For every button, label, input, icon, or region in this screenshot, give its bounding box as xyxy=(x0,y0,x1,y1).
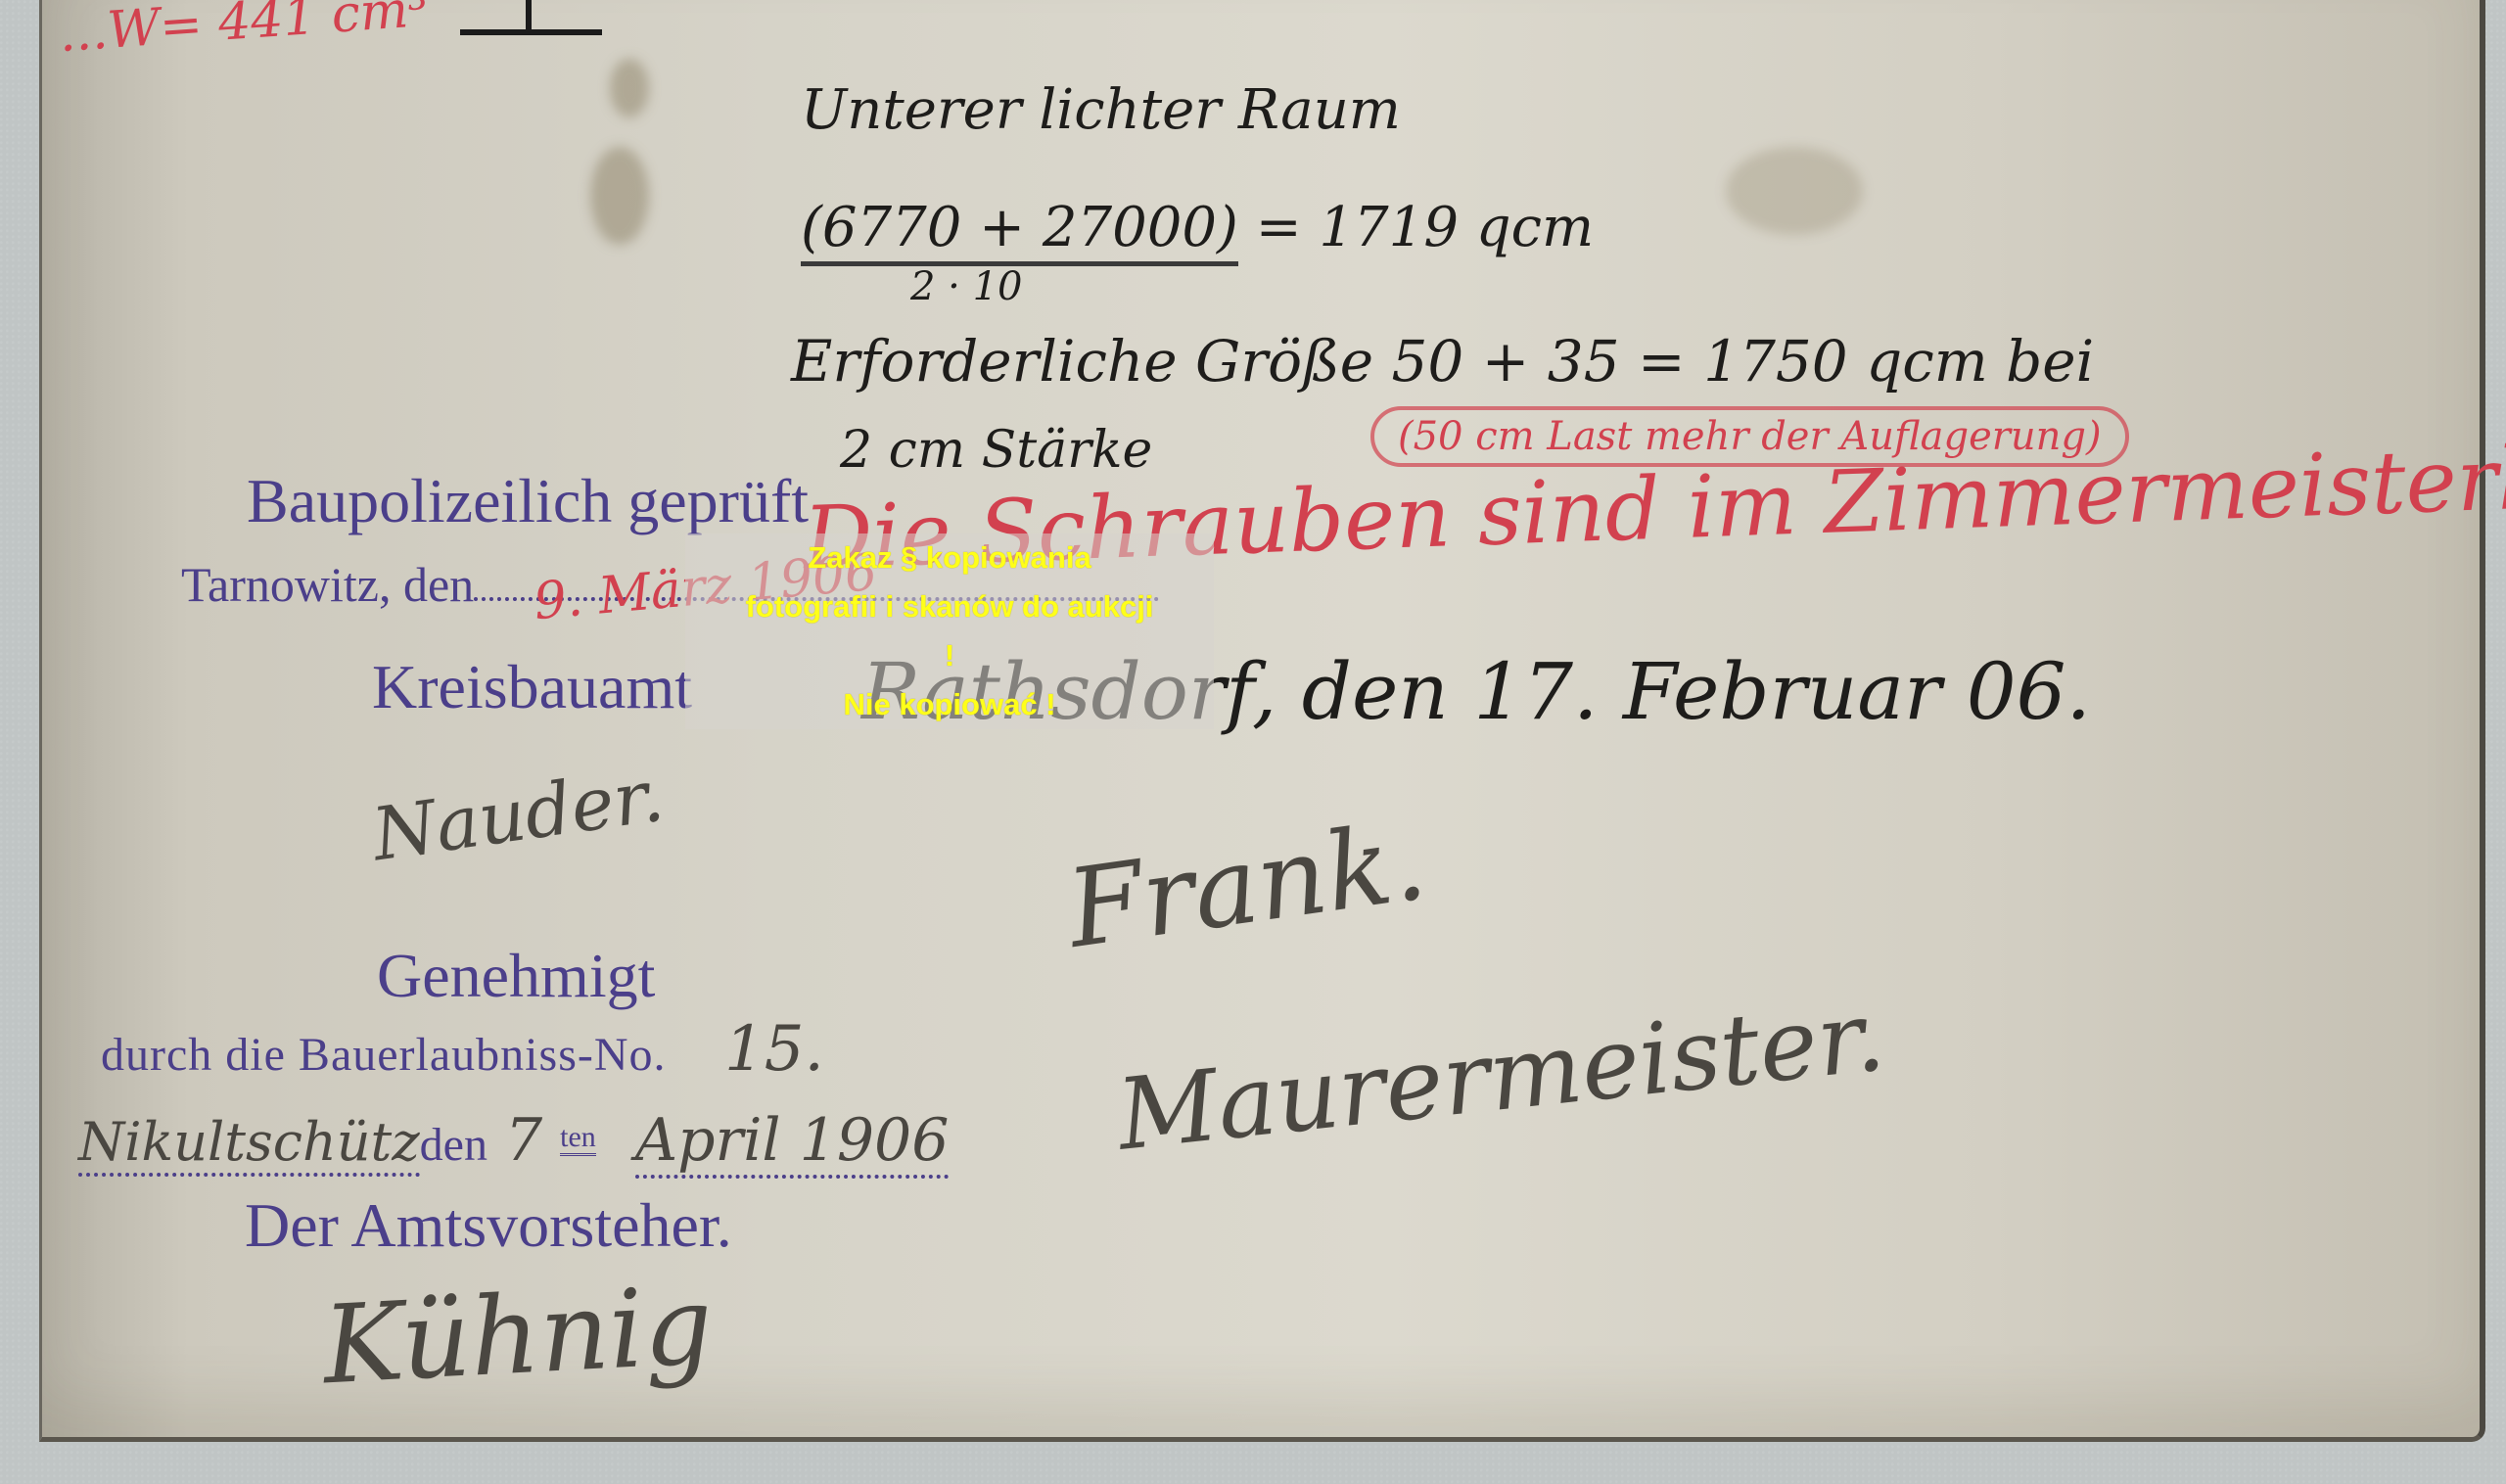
stamp-official-title: Der Amtsvorsteher. xyxy=(245,1189,732,1262)
day-suffix: ten xyxy=(560,1121,596,1156)
corner-stroke xyxy=(526,0,532,33)
calc-line-4: 2 cm Stärke xyxy=(840,421,1152,480)
watermark-line-4: Nie kopiować ! xyxy=(685,680,1214,729)
stamp-checked: Baupolizeilich geprüft xyxy=(247,465,809,537)
permit-number: 15. xyxy=(724,1013,824,1086)
stamp-place-prefix: Tarnowitz, den xyxy=(181,557,474,612)
calc-line-2: (6770 + 27000) = 1719 qcm xyxy=(801,196,1594,259)
stamp-place-date-line: Nikultschützden7tenApril 1906 xyxy=(78,1106,949,1179)
calc-result: = 1719 qcm xyxy=(1256,196,1594,259)
copy-protection-watermark: Zakaz § kopiowania fotografii i skanów d… xyxy=(685,533,1214,729)
day-handwritten: 7 xyxy=(505,1106,542,1175)
calc-numerator: (6770 + 27000) xyxy=(801,196,1238,266)
calc-line-1: Unterer lichter Raum xyxy=(801,78,1401,142)
month-year-handwritten: April 1906 xyxy=(635,1106,950,1179)
calc-denominator: 2 · 10 xyxy=(910,264,1023,309)
stamp-approved: Genehmigt xyxy=(377,940,655,1012)
watermark-line-3: ! xyxy=(685,631,1214,680)
watermark-line-2: fotografii i skanów do aukcji xyxy=(685,582,1214,631)
place-handwritten: Nikultschütz xyxy=(78,1111,420,1177)
stain xyxy=(590,147,649,245)
calc-line-3: Erforderliche Größe 50 + 35 = 1750 qcm b… xyxy=(791,328,2094,394)
stain xyxy=(1726,147,1863,235)
stamp-permit-prefix: durch die Bauerlaubniss-No. xyxy=(101,1028,667,1082)
stain xyxy=(610,59,649,117)
signature-amtsvorsteher: Kühnig xyxy=(320,1263,716,1409)
stamp-office: Kreisbauamt xyxy=(372,651,692,723)
watermark-line-1: Zakaz § kopiowania xyxy=(685,533,1214,582)
den-label: den xyxy=(420,1119,487,1171)
